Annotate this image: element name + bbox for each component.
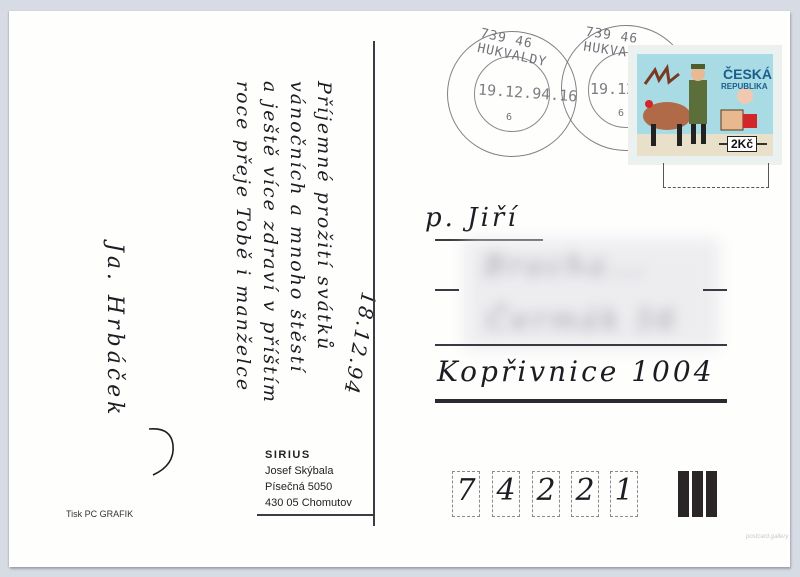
publisher-name: Josef Skýbala: [265, 463, 352, 479]
address-line3-redacted: Čermák 56: [487, 303, 679, 336]
postmark-code: 6: [506, 112, 513, 123]
postal-code-digit: 1: [610, 473, 638, 508]
barcode-bar: [678, 471, 689, 517]
barcode-bar: [706, 471, 717, 517]
publisher-brand: SIRIUS: [265, 447, 352, 463]
signature-flourish: [145, 423, 179, 479]
postal-code-digit: 4: [492, 473, 520, 508]
postmark-code: 6: [618, 108, 625, 119]
address-line: [703, 289, 727, 291]
stamp-country: ČESKÁ: [723, 66, 772, 82]
printer-credit: Tisk PC GRAFIK: [66, 509, 133, 519]
postal-code-digit: 2: [532, 473, 560, 508]
address-city: Kopřivnice 1004: [437, 355, 715, 388]
signature: Ja. Hrbáček: [102, 243, 127, 419]
divider-foot-line: [257, 514, 375, 516]
watermark: postcard.gallery: [746, 534, 788, 540]
publisher-city: 430 05 Chomutov: [265, 495, 352, 511]
stamp-placement-frame: [663, 163, 769, 188]
postage-stamp: ČESKÁ REPUBLIKA 2Kč: [628, 45, 782, 165]
address-line-bold: [435, 399, 727, 403]
postal-code-digit: 7: [452, 473, 480, 508]
message-line: roce přeje Tobě i manželce: [229, 81, 256, 541]
address-line2-redacted: Bracha...: [484, 249, 648, 282]
stamp-illustration: ČESKÁ REPUBLIKA 2Kč: [637, 54, 773, 156]
address-line: [435, 289, 459, 291]
barcode-bar: [692, 471, 703, 517]
divider-line: [373, 41, 375, 526]
address-line: [435, 344, 727, 346]
address-recipient: p. Jiří: [425, 203, 519, 233]
postcard: Příjemné prožití svátků vánočních a mnoh…: [9, 11, 790, 567]
postal-code-digit: 2: [571, 473, 599, 508]
postmark: 739 46 HUKVALDY 19.12.94.16 6: [447, 31, 577, 157]
publisher-info: SIRIUS Josef Skýbala Písečná 5050 430 05…: [265, 447, 352, 511]
stamp-country-sub: REPUBLIKA: [721, 82, 768, 91]
publisher-street: Písečná 5050: [265, 479, 352, 495]
stamp-value: 2Kč: [727, 136, 757, 152]
